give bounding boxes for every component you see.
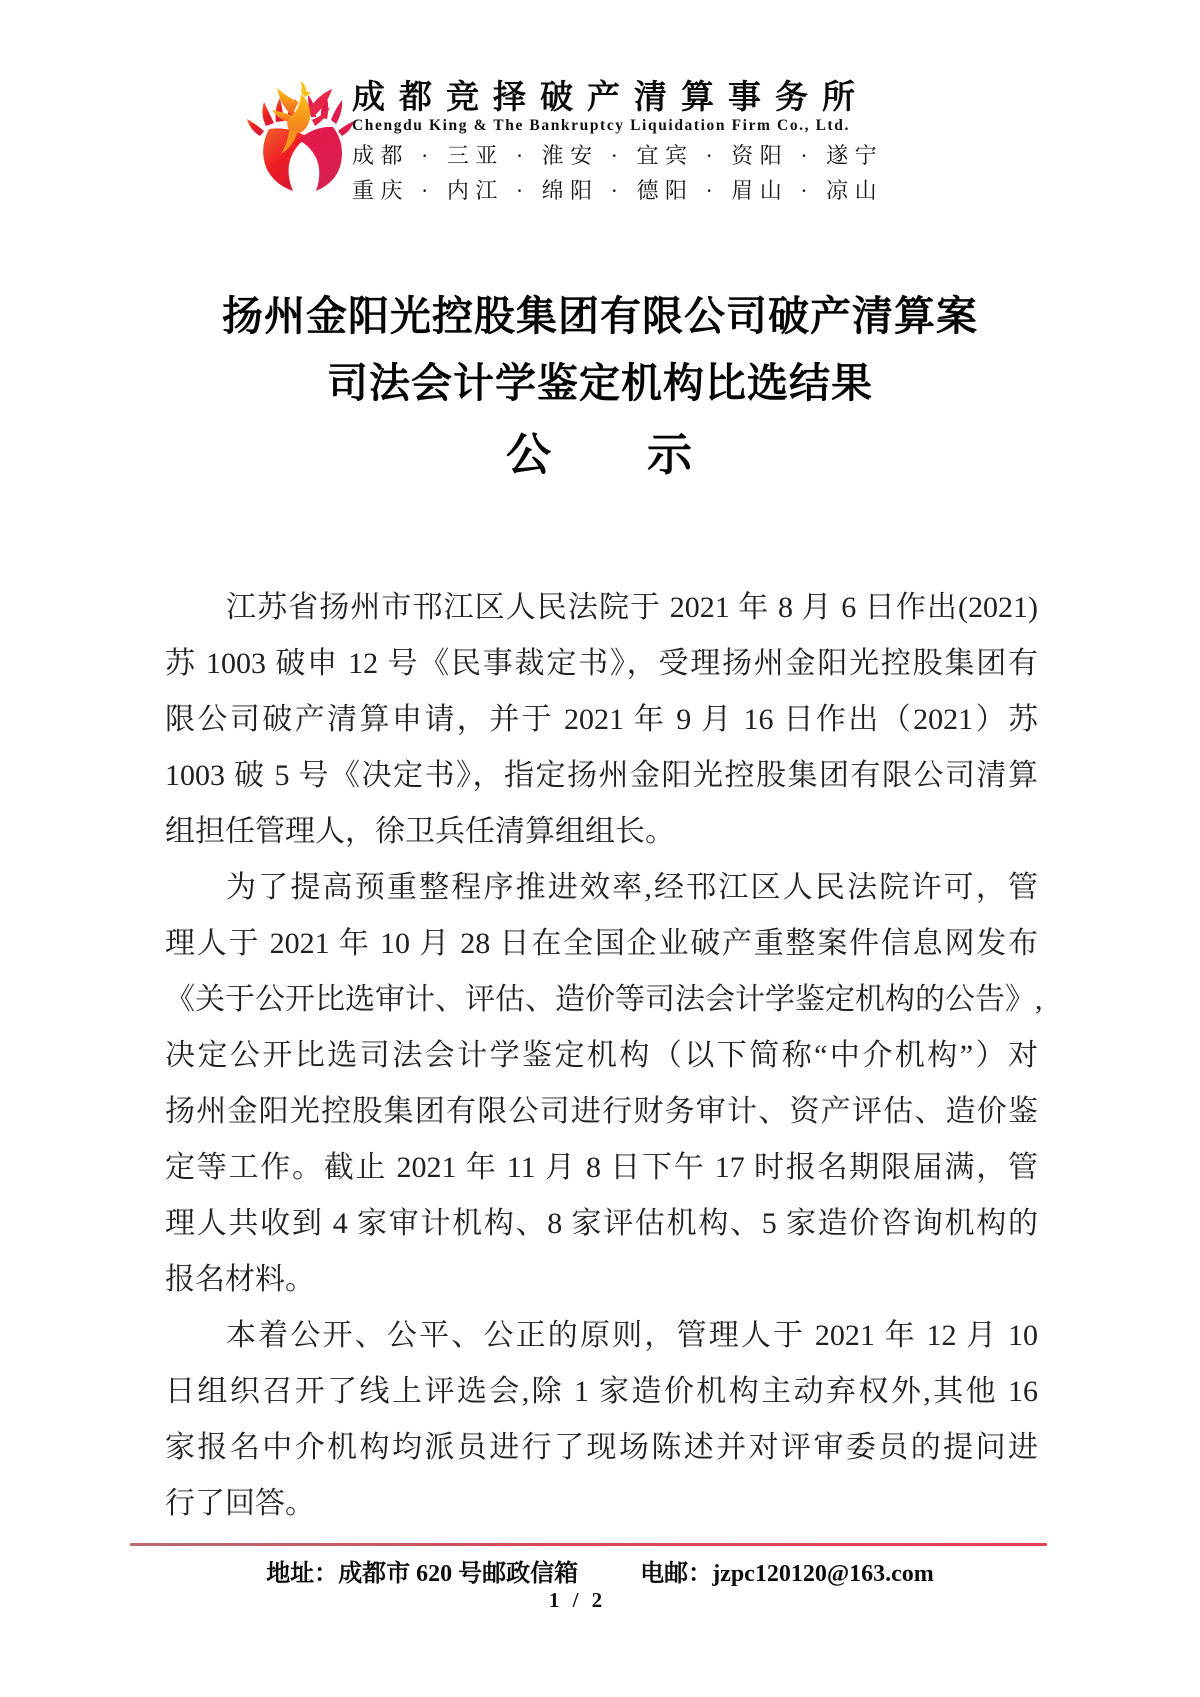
email-label: 电邮： — [640, 1561, 712, 1587]
body-line: 本着公开、公平、公正的原则，管理人于 2021 年 12 月 10 — [165, 1308, 1038, 1364]
body-line: 苏 1003 破申 12 号《民事裁定书》，受理扬州金阳光控股集团有 — [165, 636, 1038, 692]
body-line: 理人于 2021 年 10 月 28 日在全国企业破产重整案件信息网发布 — [165, 916, 1038, 972]
body-line: 决定公开比选司法会计学鉴定机构（以下简称“中介机构”）对 — [165, 1028, 1038, 1084]
body-line: 日组织召开了线上评选会,除 1 家造价机构主动弃权外,其他 16 — [165, 1364, 1038, 1420]
body-line: 理人共收到 4 家审计机构、8 家评估机构、5 家造价咨询机构的 — [165, 1196, 1038, 1252]
body-line: 1003 破 5 号《决定书》，指定扬州金阳光控股集团有限公司清算 — [165, 748, 1038, 804]
body-line: 家报名中介机构均派员进行了现场陈述并对评审委员的提问进 — [165, 1420, 1038, 1476]
branch-cities-line1: 成都 · 三亚 · 淮安 · 宜宾 · 资阳 · 遂宁 — [352, 139, 883, 170]
body-line: 为了提高预重整程序推进效率,经邗江区人民法院许可，管 — [165, 860, 1038, 916]
page-number: 1 / 2 — [0, 1588, 1155, 1613]
body-line: 江苏省扬州市邗江区人民法院于 2021 年 8 月 6 日作出(2021) — [165, 580, 1038, 636]
body-line: 《关于公开比选审计、评估、造价等司法会计学鉴定机构的公告》, — [165, 972, 1038, 1028]
org-name-cn: 成都竞择破产清算事务所 — [352, 80, 883, 115]
document-title: 扬州金阳光控股集团有限公司破产清算案 司法会计学鉴定机构比选结果 公 示 — [0, 283, 1200, 493]
body-line: 定等工作。截止 2021 年 11 月 8 日下午 17 时报名期限届满，管 — [165, 1140, 1038, 1196]
letterhead-text: 成都竞择破产清算事务所 Chengdu King & The Bankruptc… — [352, 70, 883, 205]
email-value: jzpc120120@163.com — [712, 1561, 934, 1587]
phoenix-hands-logo-icon — [238, 74, 360, 202]
body-line: 报名材料。 — [165, 1252, 1038, 1308]
address-value: 成都市 620 号邮政信箱 — [338, 1561, 578, 1587]
title-line-2: 司法会计学鉴定机构比选结果 — [0, 350, 1200, 417]
document-page: 成都竞择破产清算事务所 Chengdu King & The Bankruptc… — [0, 0, 1200, 1697]
title-line-1: 扬州金阳光控股集团有限公司破产清算案 — [0, 283, 1200, 350]
body-line: 组担任管理人，徐卫兵任清算组组长。 — [165, 804, 1038, 860]
branch-cities-line2: 重庆 · 内江 · 绵阳 · 德阳 · 眉山 · 凉山 — [352, 174, 883, 205]
title-line-3: 公 示 — [0, 417, 1200, 493]
document-body: 江苏省扬州市邗江区人民法院于 2021 年 8 月 6 日作出(2021) 苏 … — [165, 580, 1038, 1532]
body-line: 行了回答。 — [165, 1476, 1038, 1532]
address-label: 地址： — [266, 1561, 338, 1587]
org-name-en: Chengdu King & The Bankruptcy Liquidatio… — [352, 117, 883, 135]
footer-divider — [130, 1543, 1047, 1546]
letterhead: 成都竞择破产清算事务所 Chengdu King & The Bankruptc… — [238, 70, 883, 205]
body-line: 限公司破产清算申请，并于 2021 年 9 月 16 日作出（2021）苏 — [165, 692, 1038, 748]
footer: 地址：成都市 620 号邮政信箱电邮：jzpc120120@163.com — [0, 1553, 1200, 1588]
body-line: 扬州金阳光控股集团有限公司进行财务审计、资产评估、造价鉴 — [165, 1084, 1038, 1140]
